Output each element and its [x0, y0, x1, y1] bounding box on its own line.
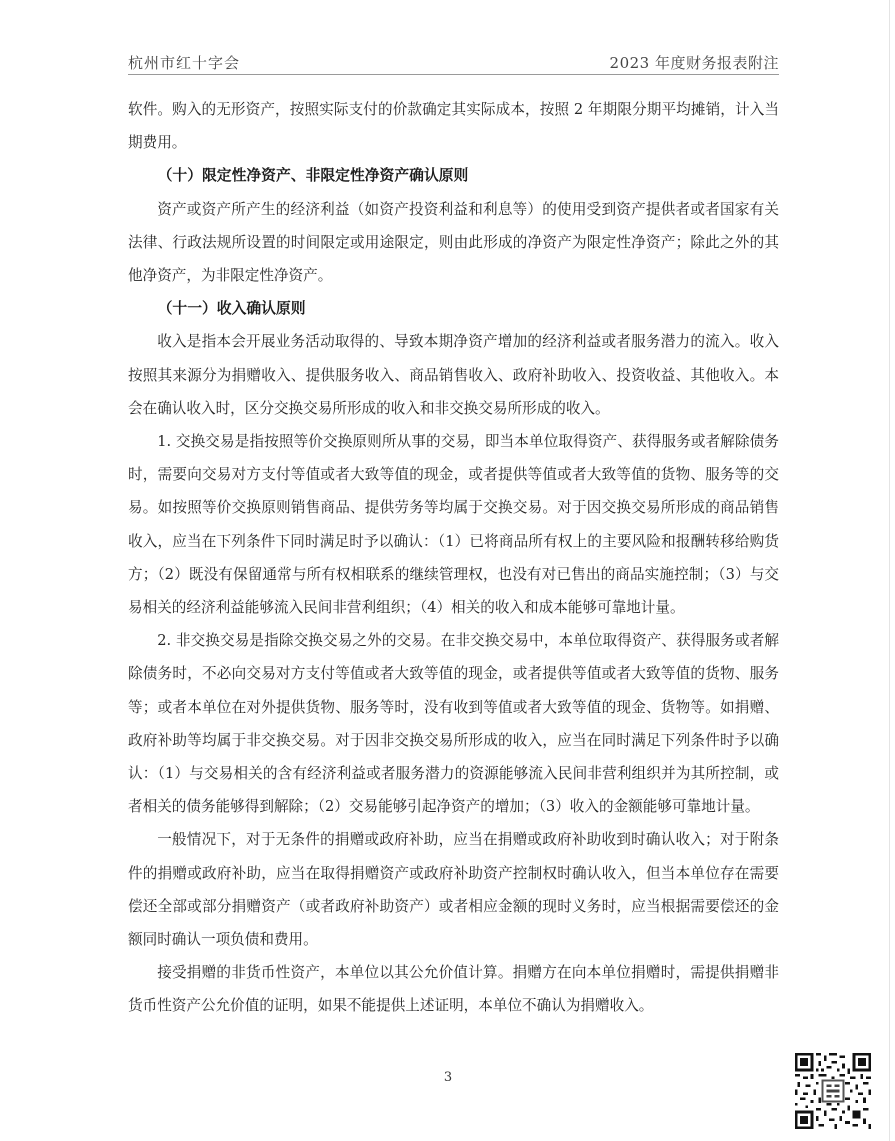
paragraph-donations-subsidies: 一般情况下，对于无条件的捐赠或政府补助，应当在捐赠或政府补助收到时确认收入；对于… — [128, 823, 779, 956]
header-report-title: 2023 年度财务报表附注 — [610, 52, 779, 73]
paragraph-non-monetary-donations: 接受捐赠的非货币性资产，本单位以其公允价值计算。捐赠方在向本单位捐赠时，需提供捐… — [128, 956, 779, 1022]
paragraph-intro-continuation: 软件。购入的无形资产，按照实际支付的价款确定其实际成本，按照 2 年期限分期平均… — [128, 93, 779, 159]
page-header: 杭州市红十字会 2023 年度财务报表附注 — [128, 50, 779, 75]
paragraph-non-exchange-transactions: 2. 非交换交易是指除交换交易之外的交易。在非交换交易中，本单位取得资产、获得服… — [128, 624, 779, 823]
document-body: 软件。购入的无形资产，按照实际支付的价款确定其实际成本，按照 2 年期限分期平均… — [128, 93, 779, 1023]
paragraph-revenue-definition: 收入是指本会开展业务活动取得的、导致本期净资产增加的经济利益或者服务潜力的流入。… — [128, 325, 779, 425]
paragraph-exchange-transactions: 1. 交换交易是指按照等价交换原则所从事的交易，即当本单位取得资产、获得服务或者… — [128, 425, 779, 624]
paragraph-net-assets: 资产或资产所产生的经济利益（如资产投资利益和利息等）的使用受到资产提供者或者国家… — [128, 193, 779, 293]
qr-code-icon — [795, 1053, 871, 1129]
scan-edge-divider — [889, 0, 890, 1141]
page-number: 3 — [440, 1070, 456, 1085]
section-heading-10: （十）限定性净资产、非限定性净资产确认原则 — [128, 159, 779, 192]
header-organization: 杭州市红十字会 — [128, 52, 240, 73]
section-heading-11: （十一）收入确认原则 — [128, 292, 779, 325]
